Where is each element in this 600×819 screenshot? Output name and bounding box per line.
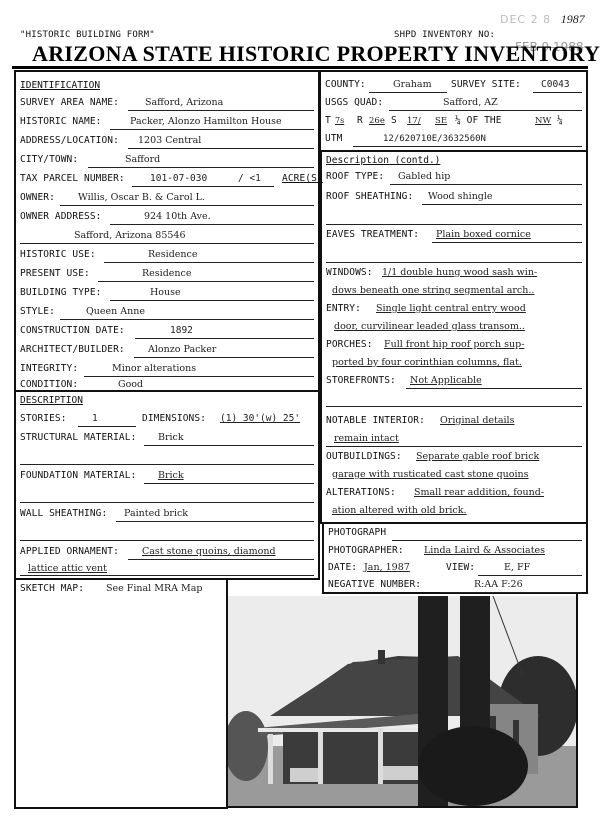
photograph-section: PHOTOGRAPH PHOTOGRAPHER: Linda Laird & A…	[322, 522, 588, 594]
porches-value-line1: Full front hip roof porch sup-	[384, 336, 524, 354]
field-line	[135, 338, 314, 339]
page-title: ARIZONA STATE HISTORIC PROPERTY INVENTOR…	[32, 41, 600, 67]
eaves-row: EAVES TREATMENT: Plain boxed cornice	[326, 226, 582, 244]
field-line	[110, 224, 314, 225]
stories-label: STORIES:	[20, 413, 67, 424]
sketch-map-label: SKETCH MAP:	[20, 583, 84, 594]
field-line	[533, 92, 582, 93]
description-section: DESCRIPTION STORIES: 1 DIMENSIONS: (1) 3…	[14, 390, 320, 580]
acres-label: ACRE(S)	[282, 170, 323, 188]
field-line	[440, 592, 582, 593]
alterations-label: ALTERATIONS:	[326, 487, 396, 498]
county-label: COUNTY:	[325, 79, 366, 90]
blank-row	[326, 208, 582, 226]
description-heading: DESCRIPTION	[20, 395, 83, 406]
sketch-map-section: SKETCH MAP: See Final MRA Map	[14, 578, 228, 809]
roof-type-row: ROOF TYPE: Gabled hip	[326, 168, 582, 186]
field-line	[326, 446, 582, 447]
blank-row	[20, 486, 314, 504]
tax-parcel-row: TAX PARCEL NUMBER: 101-07-030 / <1 ACRE(…	[20, 170, 314, 188]
historic-name-label: HISTORIC NAME:	[20, 116, 101, 127]
entry-value-line2: door, curvilinear leaded glass transom..	[334, 318, 525, 336]
field-line	[20, 464, 314, 465]
field-line	[406, 388, 582, 389]
storefronts-label: STOREFRONTS:	[326, 375, 396, 386]
outbuildings-line1: Separate gable roof brick	[416, 448, 539, 466]
field-line	[389, 110, 582, 111]
windows-row-2: dows beneath one string segmental arch..	[326, 282, 582, 300]
stories-row: STORIES: 1 DIMENSIONS: (1) 30'(w) 25'	[20, 410, 314, 428]
view-label: VIEW:	[446, 559, 475, 577]
township-label: T	[325, 115, 331, 126]
notable-interior-line1: Original details	[440, 412, 514, 430]
section-label: S	[391, 112, 397, 130]
applied-ornament-row: APPLIED ORNAMENT: Cast stone quoins, dia…	[20, 543, 314, 561]
wall-sheathing-row: WALL SHEATHING: Painted brick	[20, 505, 314, 523]
present-use-label: PRESENT USE:	[20, 268, 90, 279]
photo-left-border	[226, 594, 228, 808]
alterations-row-2: ation altered with old brick.	[326, 502, 582, 520]
historic-use-label: HISTORIC USE:	[20, 249, 96, 260]
negative-row: NEGATIVE NUMBER: R:AA F:26	[328, 576, 582, 594]
form-type-label: "HISTORIC BUILDING FORM"	[20, 30, 155, 40]
identification-section: IDENTIFICATION SURVEY AREA NAME: Safford…	[14, 70, 320, 392]
blank-row	[326, 246, 582, 264]
sketch-map-value: See Final MRA Map	[106, 580, 202, 598]
owner-row: OWNER: Willis, Oscar B. & Carol L.	[20, 189, 314, 207]
field-line	[422, 204, 582, 205]
survey-site-label: SURVEY SITE:	[451, 76, 521, 94]
photograph-heading: PHOTOGRAPH	[328, 527, 386, 538]
alterations-line2: ation altered with old brick.	[332, 502, 467, 520]
windows-row: WINDOWS: 1/1 double hung wood sash win-	[326, 264, 582, 282]
outbuildings-label: OUTBUILDINGS:	[326, 451, 402, 462]
field-line	[88, 167, 314, 168]
windows-value-line1: 1/1 double hung wood sash win-	[382, 264, 537, 282]
range-value: 26e	[369, 112, 385, 130]
field-line	[326, 406, 582, 407]
field-line	[110, 300, 314, 301]
photographer-label: PHOTOGRAPHER:	[328, 545, 404, 556]
alterations-row: ALTERATIONS: Small rear addition, found-	[326, 484, 582, 502]
field-line	[144, 445, 314, 446]
field-line	[144, 483, 314, 484]
field-line	[128, 148, 314, 149]
field-line	[326, 262, 582, 263]
field-line	[98, 281, 314, 282]
field-line	[353, 146, 582, 147]
field-line	[20, 502, 314, 503]
porches-row-2: ported by four corinthian columns, flat.	[326, 354, 582, 372]
field-line	[60, 205, 314, 206]
porches-label: PORCHES:	[326, 339, 373, 350]
dimensions-label: DIMENSIONS:	[142, 410, 206, 428]
building-type-label: BUILDING TYPE:	[20, 287, 101, 298]
date-view-row: DATE: Jan, 1987 VIEW: E, FF	[328, 559, 582, 577]
roof-sheathing-row: ROOF SHEATHING: Wood shingle	[326, 188, 582, 206]
survey-area-row: SURVEY AREA NAME: Safford, Arizona	[20, 94, 314, 112]
dimensions-value: (1) 30'(w) 25'	[220, 410, 300, 428]
architect-row: ARCHITECT/BUILDER: Alonzo Packer	[20, 341, 314, 359]
photo-bottom-border	[226, 806, 578, 808]
porches-row: PORCHES: Full front hip roof porch sup-	[326, 336, 582, 354]
field-line	[78, 426, 136, 427]
blank-row	[20, 524, 314, 542]
outbuildings-row: OUTBUILDINGS: Separate gable roof brick	[326, 448, 582, 466]
field-line	[20, 243, 314, 244]
utm-label: UTM	[325, 133, 342, 144]
field-line	[116, 521, 314, 522]
notable-interior-row: NOTABLE INTERIOR: Original details	[326, 412, 582, 430]
field-line	[432, 242, 582, 243]
construction-date-row: CONSTRUCTION DATE: 1892	[20, 322, 314, 340]
blank-row	[20, 448, 314, 466]
field-line	[20, 575, 314, 576]
windows-label: WINDOWS:	[326, 267, 373, 278]
description-contd-section: Description (contd.) ROOF TYPE: Gabled h…	[320, 150, 588, 524]
roof-type-label: ROOF TYPE:	[326, 171, 384, 182]
structural-material-label: STRUCTURAL MATERIAL:	[20, 432, 136, 443]
historic-name-row: HISTORIC NAME: Packer, Alonzo Hamilton H…	[20, 113, 314, 131]
outbuildings-row-2: garage with rusticated cast stone quoins	[326, 466, 582, 484]
tax-parcel-label: TAX PARCEL NUMBER:	[20, 173, 125, 184]
field-line	[110, 129, 314, 130]
entry-row: ENTRY: Single light central entry wood	[326, 300, 582, 318]
notable-interior-row-2: remain intact	[326, 430, 582, 448]
usgs-quad-row: USGS QUAD: Safford, AZ	[325, 94, 582, 112]
condition-label: CONDITION:	[20, 379, 78, 390]
photographer-value: Linda Laird & Associates	[424, 542, 545, 560]
stamp-year: 1987	[561, 12, 585, 26]
title-rule	[12, 66, 588, 69]
range-label: R	[357, 112, 363, 130]
outbuildings-line2: garage with rusticated cast stone quoins	[332, 466, 529, 484]
negative-label: NEGATIVE NUMBER:	[328, 579, 421, 590]
usgs-quad-label: USGS QUAD:	[325, 97, 383, 108]
inventory-number-label: SHPD INVENTORY NO:	[394, 30, 495, 40]
historic-use-row: HISTORIC USE: Residence	[20, 246, 314, 264]
entry-value-line1: Single light central entry wood	[376, 300, 526, 318]
field-line	[104, 262, 314, 263]
received-stamp: DEC 2 8 1987	[500, 8, 585, 27]
architect-label: ARCHITECT/BUILDER:	[20, 344, 125, 355]
roof-sheathing-label: ROOF SHEATHING:	[326, 191, 413, 202]
address-label: ADDRESS/LOCATION:	[20, 135, 119, 146]
owner-label: OWNER:	[20, 192, 55, 203]
style-row: STYLE: Queen Anne	[20, 303, 314, 321]
building-photograph	[228, 596, 578, 807]
quarter-end-label: ¼	[557, 112, 563, 130]
foundation-material-row: FOUNDATION MATERIAL: Brick	[20, 467, 314, 485]
notable-interior-label: NOTABLE INTERIOR:	[326, 415, 425, 426]
field-line	[392, 540, 582, 541]
field-line	[390, 184, 582, 185]
photograph-heading-row: PHOTOGRAPH	[328, 524, 582, 542]
construction-date-label: CONSTRUCTION DATE:	[20, 325, 125, 336]
county-row: COUNTY: Graham SURVEY SITE: C0043	[325, 76, 582, 94]
identification-heading: IDENTIFICATION	[20, 80, 100, 91]
utm-row: UTM 12/620710E/3632560N	[325, 130, 582, 148]
sketch-map-row: SKETCH MAP: See Final MRA Map	[20, 580, 222, 598]
porches-value-line2: ported by four corinthian columns, flat.	[332, 354, 522, 372]
field-line	[20, 540, 314, 541]
style-label: STYLE:	[20, 306, 55, 317]
date-value: Jan, 1987	[364, 559, 410, 577]
city-label: CITY/TOWN:	[20, 154, 78, 165]
building-type-row: BUILDING TYPE: House	[20, 284, 314, 302]
survey-area-label: SURVEY AREA NAME:	[20, 97, 119, 108]
stamp-date: DEC 2 8	[500, 13, 551, 26]
township-value: 7s	[335, 112, 344, 130]
entry-row-2: door, curvilinear leaded glass transom..	[326, 318, 582, 336]
city-row: CITY/TOWN: Safford	[20, 151, 314, 169]
storefronts-row: STOREFRONTS: Not Applicable	[326, 372, 582, 390]
alterations-line1: Small rear addition, found-	[414, 484, 544, 502]
entry-label: ENTRY:	[326, 303, 361, 314]
township-range-row: T 7s R 26e S 17/ SE ¼ OF THE NW ¼	[325, 112, 582, 130]
quarter-value: SE	[435, 112, 447, 130]
owner-address-row: OWNER ADDRESS: 924 10th Ave.	[20, 208, 314, 226]
quarter-label: ¼ OF THE	[455, 112, 502, 130]
applied-ornament-row-2: lattice attic vent	[20, 560, 314, 578]
photo-right-border	[576, 594, 578, 808]
field-line	[60, 319, 314, 320]
location-section: COUNTY: Graham SURVEY SITE: C0043 USGS Q…	[320, 70, 588, 152]
windows-value-line2: dows beneath one string segmental arch..	[332, 282, 534, 300]
wall-sheathing-label: WALL SHEATHING:	[20, 508, 107, 519]
date-label: DATE:	[328, 562, 357, 573]
field-line	[326, 224, 582, 225]
field-line	[369, 92, 447, 93]
photographer-row: PHOTOGRAPHER: Linda Laird & Associates	[328, 542, 582, 560]
integrity-label: INTEGRITY:	[20, 363, 78, 374]
section-value: 17/	[407, 112, 421, 130]
owner-address-row-2: Safford, Arizona 85546	[20, 227, 314, 245]
applied-ornament-label: APPLIED ORNAMENT:	[20, 546, 119, 557]
eaves-label: EAVES TREATMENT:	[326, 229, 419, 240]
field-line	[128, 110, 314, 111]
structural-material-row: STRUCTURAL MATERIAL: Brick	[20, 429, 314, 447]
present-use-row: PRESENT USE: Residence	[20, 265, 314, 283]
description-contd-heading: Description (contd.)	[326, 155, 440, 166]
foundation-material-label: FOUNDATION MATERIAL:	[20, 470, 136, 481]
quarter-of-value: NW	[535, 112, 551, 130]
field-line	[134, 357, 314, 358]
field-line	[132, 186, 274, 187]
blank-row	[326, 392, 582, 410]
owner-address-label: OWNER ADDRESS:	[20, 211, 101, 222]
address-row: ADDRESS/LOCATION: 1203 Central	[20, 132, 314, 150]
house-photo-illustration	[228, 596, 578, 807]
